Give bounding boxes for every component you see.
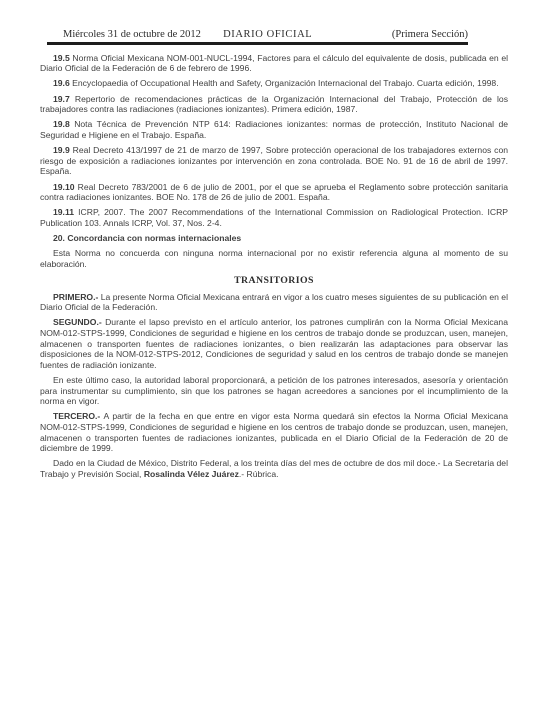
section-20-heading: 20. Concordancia con normas internaciona… bbox=[40, 233, 508, 244]
section-20-body: Esta Norma no concuerda con ninguna norm… bbox=[40, 248, 508, 269]
article-text: La presente Norma Oficial Mexicana entra… bbox=[40, 292, 508, 313]
transitorios-title: TRANSITORIOS bbox=[40, 276, 508, 287]
article-text: En este último caso, la autoridad labora… bbox=[40, 375, 508, 406]
reference-paragraph: 19.9 Real Decreto 413/1997 de 21 de marz… bbox=[40, 145, 508, 177]
reference-number: 19.7 bbox=[53, 94, 70, 104]
reference-text: Encyclopaedia of Occupational Health and… bbox=[72, 78, 498, 88]
header-date: Miércoles 31 de octubre de 2012 bbox=[47, 29, 201, 40]
reference-number: 19.5 bbox=[53, 53, 70, 63]
closing-post: .- Rúbrica. bbox=[239, 469, 279, 479]
article-label: TERCERO.- bbox=[53, 411, 100, 421]
transitorio-article: En este último caso, la autoridad labora… bbox=[40, 375, 508, 407]
reference-text: Norma Oficial Mexicana NOM-001-NUCL-1994… bbox=[40, 53, 508, 74]
transitorio-article: PRIMERO.- La presente Norma Oficial Mexi… bbox=[40, 292, 508, 313]
reference-text: Real Decreto 413/1997 de 21 de marzo de … bbox=[40, 145, 508, 176]
reference-text: Real Decreto 783/2001 de 6 de julio de 2… bbox=[40, 182, 508, 203]
article-label: SEGUNDO.- bbox=[53, 317, 102, 327]
reference-paragraph: 19.6 Encyclopaedia of Occupational Healt… bbox=[40, 78, 508, 89]
transitorio-article: TERCERO.- A partir de la fecha en que en… bbox=[40, 411, 508, 453]
gazette-page: Miércoles 31 de octubre de 2012 DIARIO O… bbox=[0, 0, 553, 715]
reference-number: 19.10 bbox=[53, 182, 75, 192]
reference-paragraph: 19.7 Repertorio de recomendaciones práct… bbox=[40, 94, 508, 115]
reference-number: 19.8 bbox=[53, 119, 70, 129]
article-label: PRIMERO.- bbox=[53, 292, 98, 302]
reference-paragraph: 19.5 Norma Oficial Mexicana NOM-001-NUCL… bbox=[40, 53, 508, 74]
signatory-name: Rosalinda Vélez Juárez bbox=[144, 469, 239, 479]
reference-paragraph: 19.11 ICRP, 2007. The 2007 Recommendatio… bbox=[40, 207, 508, 228]
reference-paragraph: 19.10 Real Decreto 783/2001 de 6 de juli… bbox=[40, 182, 508, 203]
header-publication-title: DIARIO OFICIAL bbox=[201, 29, 335, 40]
article-text: Durante el lapso previsto en el artículo… bbox=[40, 317, 508, 369]
reference-text: Repertorio de recomendaciones prácticas … bbox=[40, 94, 508, 115]
reference-text: ICRP, 2007. The 2007 Recommendations of … bbox=[40, 207, 508, 228]
reference-text: Nota Técnica de Prevención NTP 614: Radi… bbox=[40, 119, 508, 140]
reference-number: 19.11 bbox=[53, 207, 74, 217]
closing-paragraph: Dado en la Ciudad de México, Distrito Fe… bbox=[40, 458, 508, 479]
reference-number: 19.9 bbox=[53, 145, 70, 155]
page-header: Miércoles 31 de octubre de 2012 DIARIO O… bbox=[47, 29, 468, 45]
header-section-label: (Primera Sección) bbox=[334, 29, 468, 40]
reference-number: 19.6 bbox=[53, 78, 70, 88]
reference-paragraph: 19.8 Nota Técnica de Prevención NTP 614:… bbox=[40, 119, 508, 140]
transitorio-article: SEGUNDO.- Durante el lapso previsto en e… bbox=[40, 317, 508, 370]
article-text: A partir de la fecha en que entre en vig… bbox=[40, 411, 508, 453]
document-body: 19.5 Norma Oficial Mexicana NOM-001-NUCL… bbox=[40, 48, 508, 480]
